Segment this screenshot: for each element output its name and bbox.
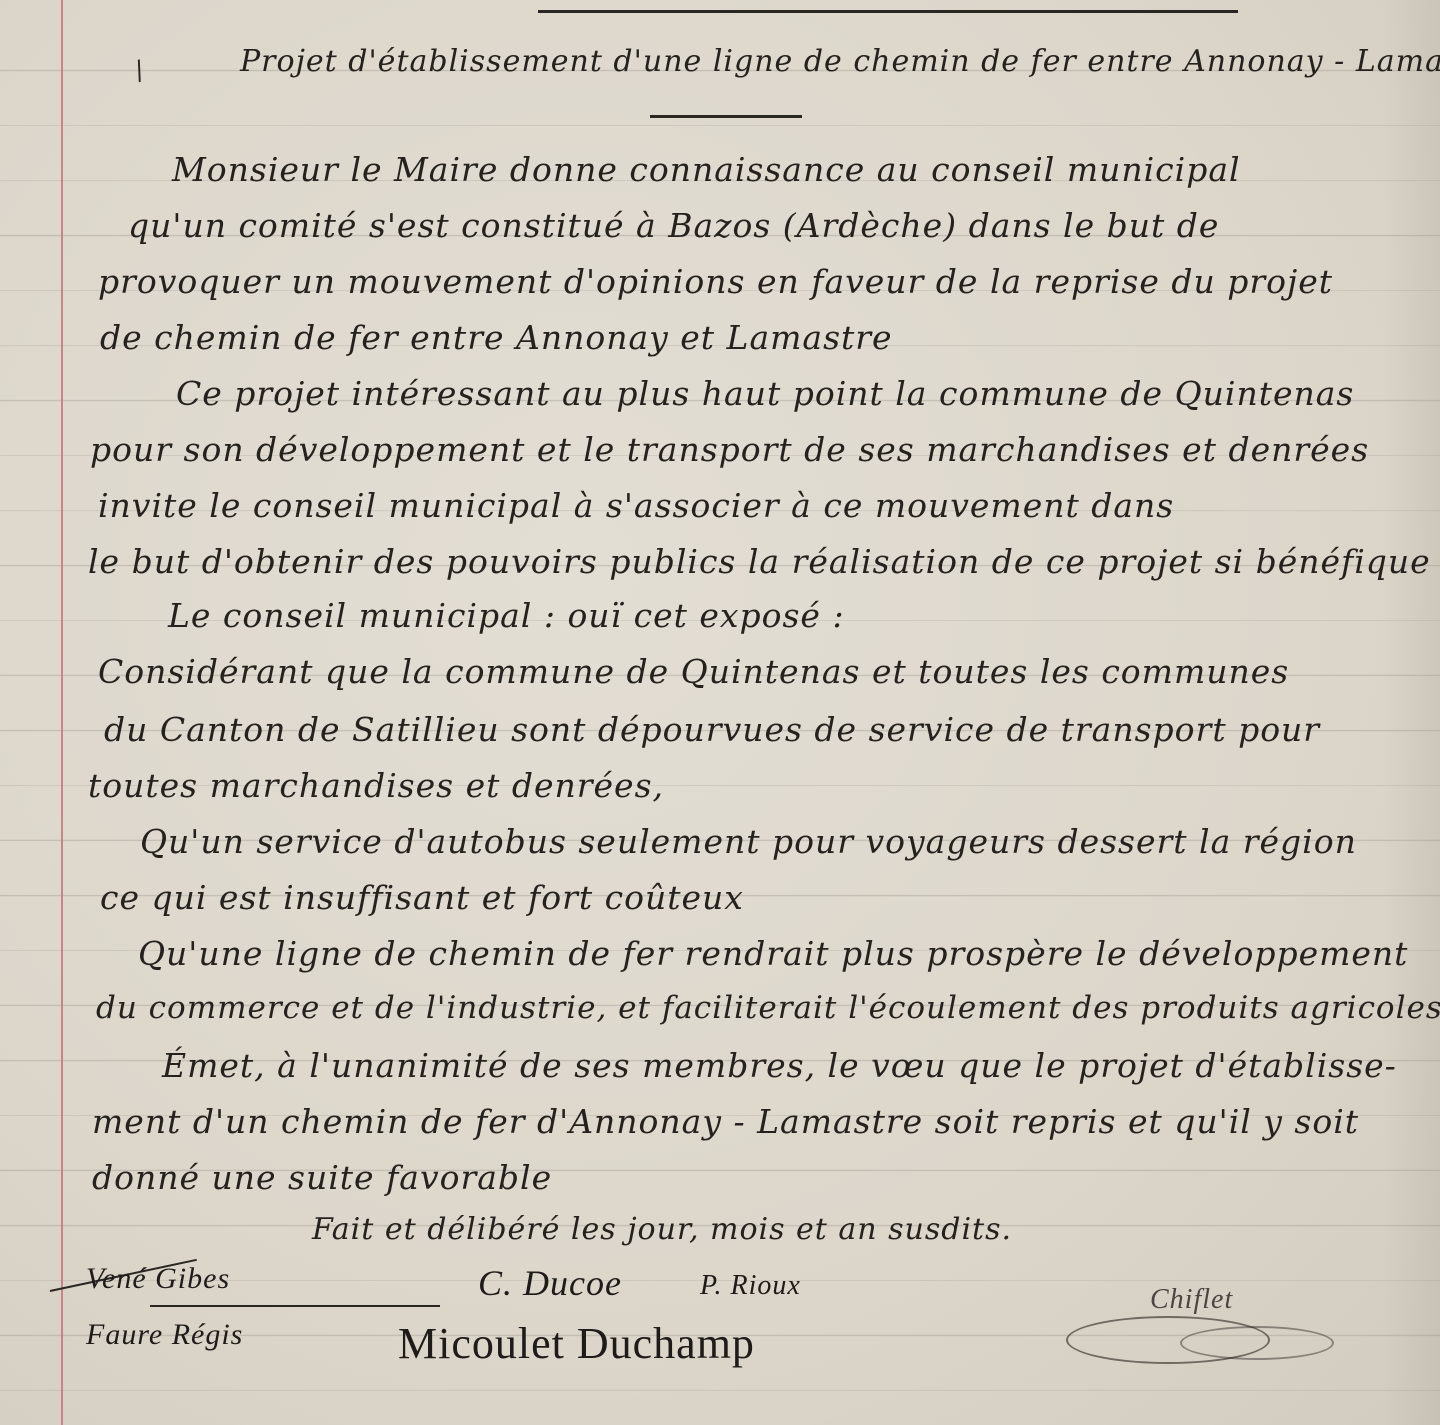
closing-formula: Fait et délibéré les jour, mois et an su… — [312, 1212, 1012, 1247]
body-line: Ce projet intéressant au plus haut point… — [176, 374, 1354, 413]
body-line: donné une suite favorable — [92, 1158, 552, 1197]
signature: P. Rioux — [700, 1270, 801, 1302]
signature: Faure Régis — [86, 1318, 243, 1352]
title-underline — [650, 115, 802, 118]
signature: C. Ducoe — [478, 1262, 622, 1304]
body-line: toutes marchandises et denrées, — [88, 766, 664, 805]
signature: Chiflet — [1150, 1284, 1233, 1316]
body-line: Émet, à l'unanimité de ses membres, le v… — [162, 1046, 1397, 1085]
body-line: ce qui est insuffisant et fort coûteux — [100, 878, 744, 917]
body-line: du commerce et de l'industrie, et facili… — [96, 990, 1440, 1026]
body-line: Qu'un service d'autobus seulement pour v… — [140, 822, 1357, 861]
body-line: du Canton de Satillieu sont dépourvues d… — [104, 710, 1320, 749]
signature-flourish — [1180, 1326, 1334, 1360]
ledger-page: / Projet d'établissement d'une ligne de … — [0, 0, 1440, 1425]
body-line: pour son développement et le transport d… — [90, 430, 1369, 469]
body-line: Qu'une ligne de chemin de fer rendrait p… — [138, 934, 1408, 973]
margin-line — [61, 0, 63, 1425]
body-line: de chemin de fer entre Annonay et Lamast… — [100, 318, 893, 357]
body-line: ment d'un chemin de fer d'Annonay - Lama… — [92, 1102, 1359, 1141]
top-divider — [538, 10, 1238, 13]
signature: Micoulet Duchamp — [398, 1318, 755, 1369]
body-line: Le conseil municipal : ouï cet exposé : — [168, 596, 845, 635]
body-line: Monsieur le Maire donne connaissance au … — [172, 150, 1241, 189]
body-line: invite le conseil municipal à s'associer… — [98, 486, 1174, 525]
body-line: qu'un comité s'est constitué à Bazos (Ar… — [128, 206, 1219, 245]
document-title: Projet d'établissement d'une ligne de ch… — [240, 44, 1440, 79]
signature: Vené Gibes — [86, 1262, 230, 1296]
body-line: provoquer un mouvement d'opinions en fav… — [98, 262, 1333, 301]
signature-underline — [150, 1305, 440, 1307]
body-line: Considérant que la commune de Quintenas … — [98, 652, 1289, 691]
body-line: le but d'obtenir des pouvoirs publics la… — [88, 542, 1431, 581]
